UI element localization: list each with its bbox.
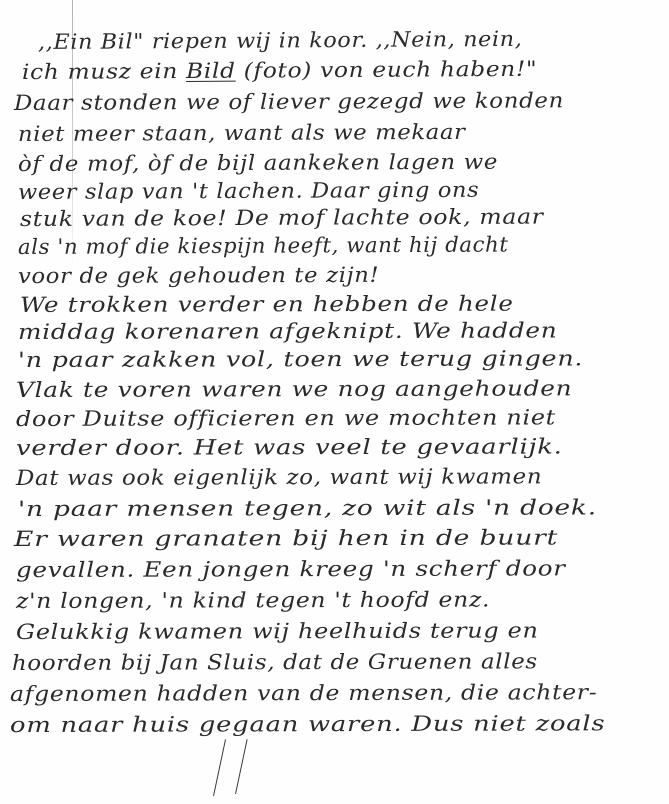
text-line: om naar huis gegaan waren. Dus niet zoal… <box>10 711 605 737</box>
text-line: Er waren granaten bij hen in de buurt <box>14 526 558 551</box>
text-line: 'n paar zakken vol, toen we terug gingen… <box>18 346 583 372</box>
text-line: ,,Ein Bil" riepen wij in koor. ,,Nein, n… <box>38 27 523 54</box>
text-segment: (foto) von euch haben!" <box>236 57 538 83</box>
text-line: niet meer staan, want als we mekaar <box>18 120 466 146</box>
underlined-word: Bild <box>186 59 236 83</box>
text-line: Dat was ook eigenlijk zo, want wij kwame… <box>16 464 542 490</box>
text-line: middag korenaren afgeknipt. We hadden <box>18 318 558 344</box>
text-line: hoorden bij Jan Sluis, dat de Gruenen al… <box>12 649 538 675</box>
descender-stroke <box>235 739 248 794</box>
text-line: door Duitse officieren en we mochten nie… <box>16 405 556 431</box>
text-line: stuk van de koe! De mof lachte ook, maar <box>20 205 544 231</box>
text-line: We trokken verder en hebben de hele <box>20 292 514 317</box>
text-line: z'n longen, 'n kind tegen 't hoofd enz. <box>16 588 490 613</box>
text-line: gevallen. Een jongen kreeg 'n scherf doo… <box>16 556 566 582</box>
text-segment: ich musz ein <box>22 59 186 84</box>
descender-stroke <box>213 739 226 796</box>
text-line: Daar stonden we of liever gezegd we kond… <box>14 88 564 115</box>
text-line: 'n paar mensen tegen, zo wit als 'n doek… <box>18 495 597 521</box>
handwritten-page: ,,Ein Bil" riepen wij in koor. ,,Nein, n… <box>0 0 669 804</box>
text-line: Gelukkig kwamen wij heelhuids terug en <box>16 618 539 644</box>
text-line: als 'n mof die kiespijn heeft, want hij … <box>18 232 509 259</box>
text-line-with-underline: ich musz ein Bild (foto) von euch haben!… <box>22 57 538 84</box>
text-line: afgenomen hadden van de mensen, die acht… <box>10 680 597 706</box>
text-line: voor de gek gehouden te zijn! <box>18 263 379 288</box>
text-line: Vlak te voren waren we nog aangehouden <box>16 376 572 402</box>
text-line: òf de mof, òf de bijl aankeken lagen we <box>18 150 498 176</box>
text-line: verder door. Het was veel te gevaarlijk. <box>16 434 563 460</box>
text-line: weer slap van 't lachen. Daar ging ons <box>18 178 479 204</box>
